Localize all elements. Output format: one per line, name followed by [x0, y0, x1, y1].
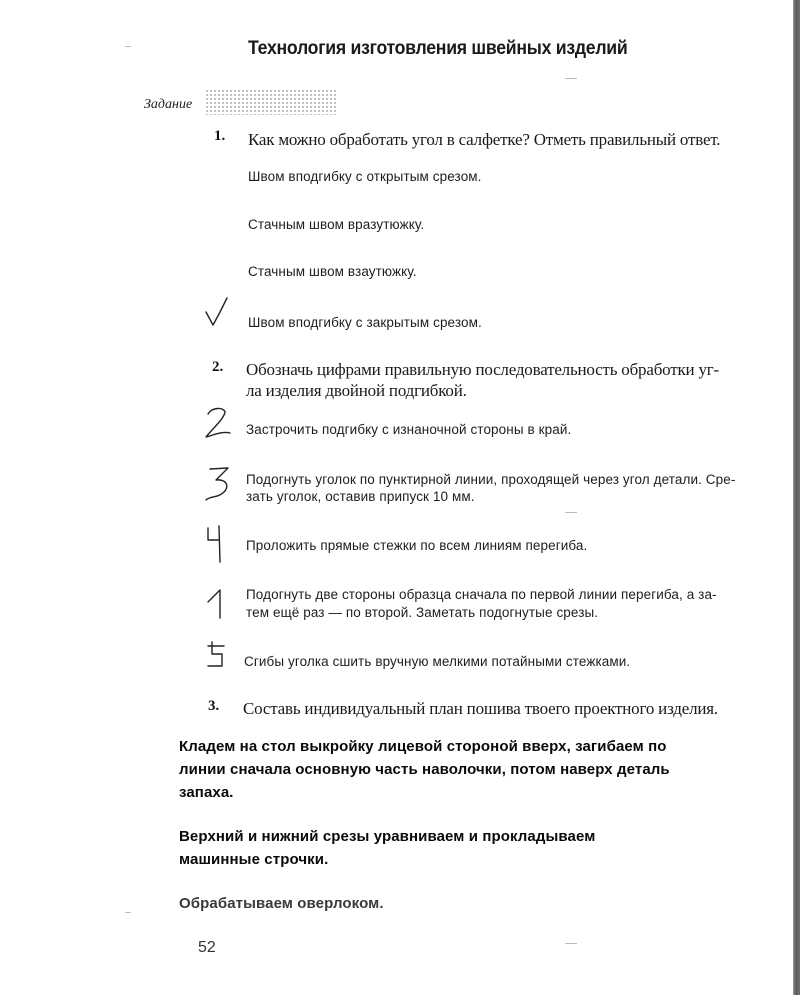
scan-speck	[125, 46, 131, 47]
page-title: Технология изготовления швейных изделий	[248, 38, 627, 60]
question-2-number: 2.	[212, 359, 223, 376]
handwritten-digit-5-icon	[204, 640, 232, 672]
handwritten-digit-3-icon	[202, 464, 236, 504]
question-2-text-line-2: ла изделия двойной подгибкой.	[246, 381, 467, 401]
scan-speck	[565, 512, 577, 513]
question-1-option-4: Швом вподгибку с закрытым срезом.	[248, 315, 482, 330]
answer-line: Верхний и нижний срезы уравниваем и прок…	[179, 825, 595, 848]
scan-speck	[565, 943, 577, 944]
scan-speck	[565, 78, 577, 79]
answer-line: линии сначала основную часть наволочки, …	[179, 758, 670, 781]
scan-edge	[793, 0, 800, 995]
handwritten-digit-4-icon	[203, 524, 233, 566]
handwritten-digit-1-icon	[204, 582, 232, 622]
answer-line: машинные строчки.	[179, 848, 595, 871]
question-2-text-line-1: Обозначь цифрами правильную последовател…	[246, 360, 719, 380]
handwritten-digit-2-icon	[200, 405, 234, 441]
question-1-option-3: Стачным швом взаутюжку.	[248, 264, 417, 279]
answer-line: запаха.	[179, 781, 670, 804]
answer-line: Обрабатываем оверлоком.	[179, 892, 384, 915]
answer-paragraph-3: Обрабатываем оверлоком.	[179, 892, 384, 915]
question-2-step-text: Проложить прямые стежки по всем линиям п…	[246, 538, 587, 553]
answer-paragraph-1: Кладем на стол выкройку лицевой стороной…	[179, 735, 670, 804]
question-2-step-text: зать уголок, оставив припуск 10 мм.	[246, 489, 475, 504]
question-1-option-2: Стачным швом вразутюжку.	[248, 217, 424, 232]
task-number-stamp	[205, 89, 337, 115]
page-number: 52	[198, 939, 216, 957]
question-3-text: Составь индивидуальный план пошива твоег…	[243, 699, 718, 719]
task-label: Задание	[144, 97, 192, 113]
question-2-step-text: Застрочить подгибку с изнаночной стороны…	[246, 422, 571, 437]
question-2-step-text: тем ещё раз — по второй. Заметать подогн…	[246, 605, 598, 620]
scan-speck	[125, 912, 131, 913]
question-1-text: Как можно обработать угол в салфетке? От…	[248, 130, 720, 150]
checkmark-icon	[200, 296, 240, 332]
answer-line: Кладем на стол выкройку лицевой стороной…	[179, 735, 670, 758]
question-3-number: 3.	[208, 698, 219, 715]
question-2-step-text: Сгибы уголка сшить вручную мелкими потай…	[244, 654, 630, 669]
question-1-number: 1.	[214, 128, 225, 145]
question-1-option-1: Швом вподгибку с открытым срезом.	[248, 169, 482, 184]
question-2-step-text: Подогнуть две стороны образца сначала по…	[246, 587, 717, 602]
answer-paragraph-2: Верхний и нижний срезы уравниваем и прок…	[179, 825, 595, 871]
question-2-step-text: Подогнуть уголок по пунктирной линии, пр…	[246, 472, 735, 487]
